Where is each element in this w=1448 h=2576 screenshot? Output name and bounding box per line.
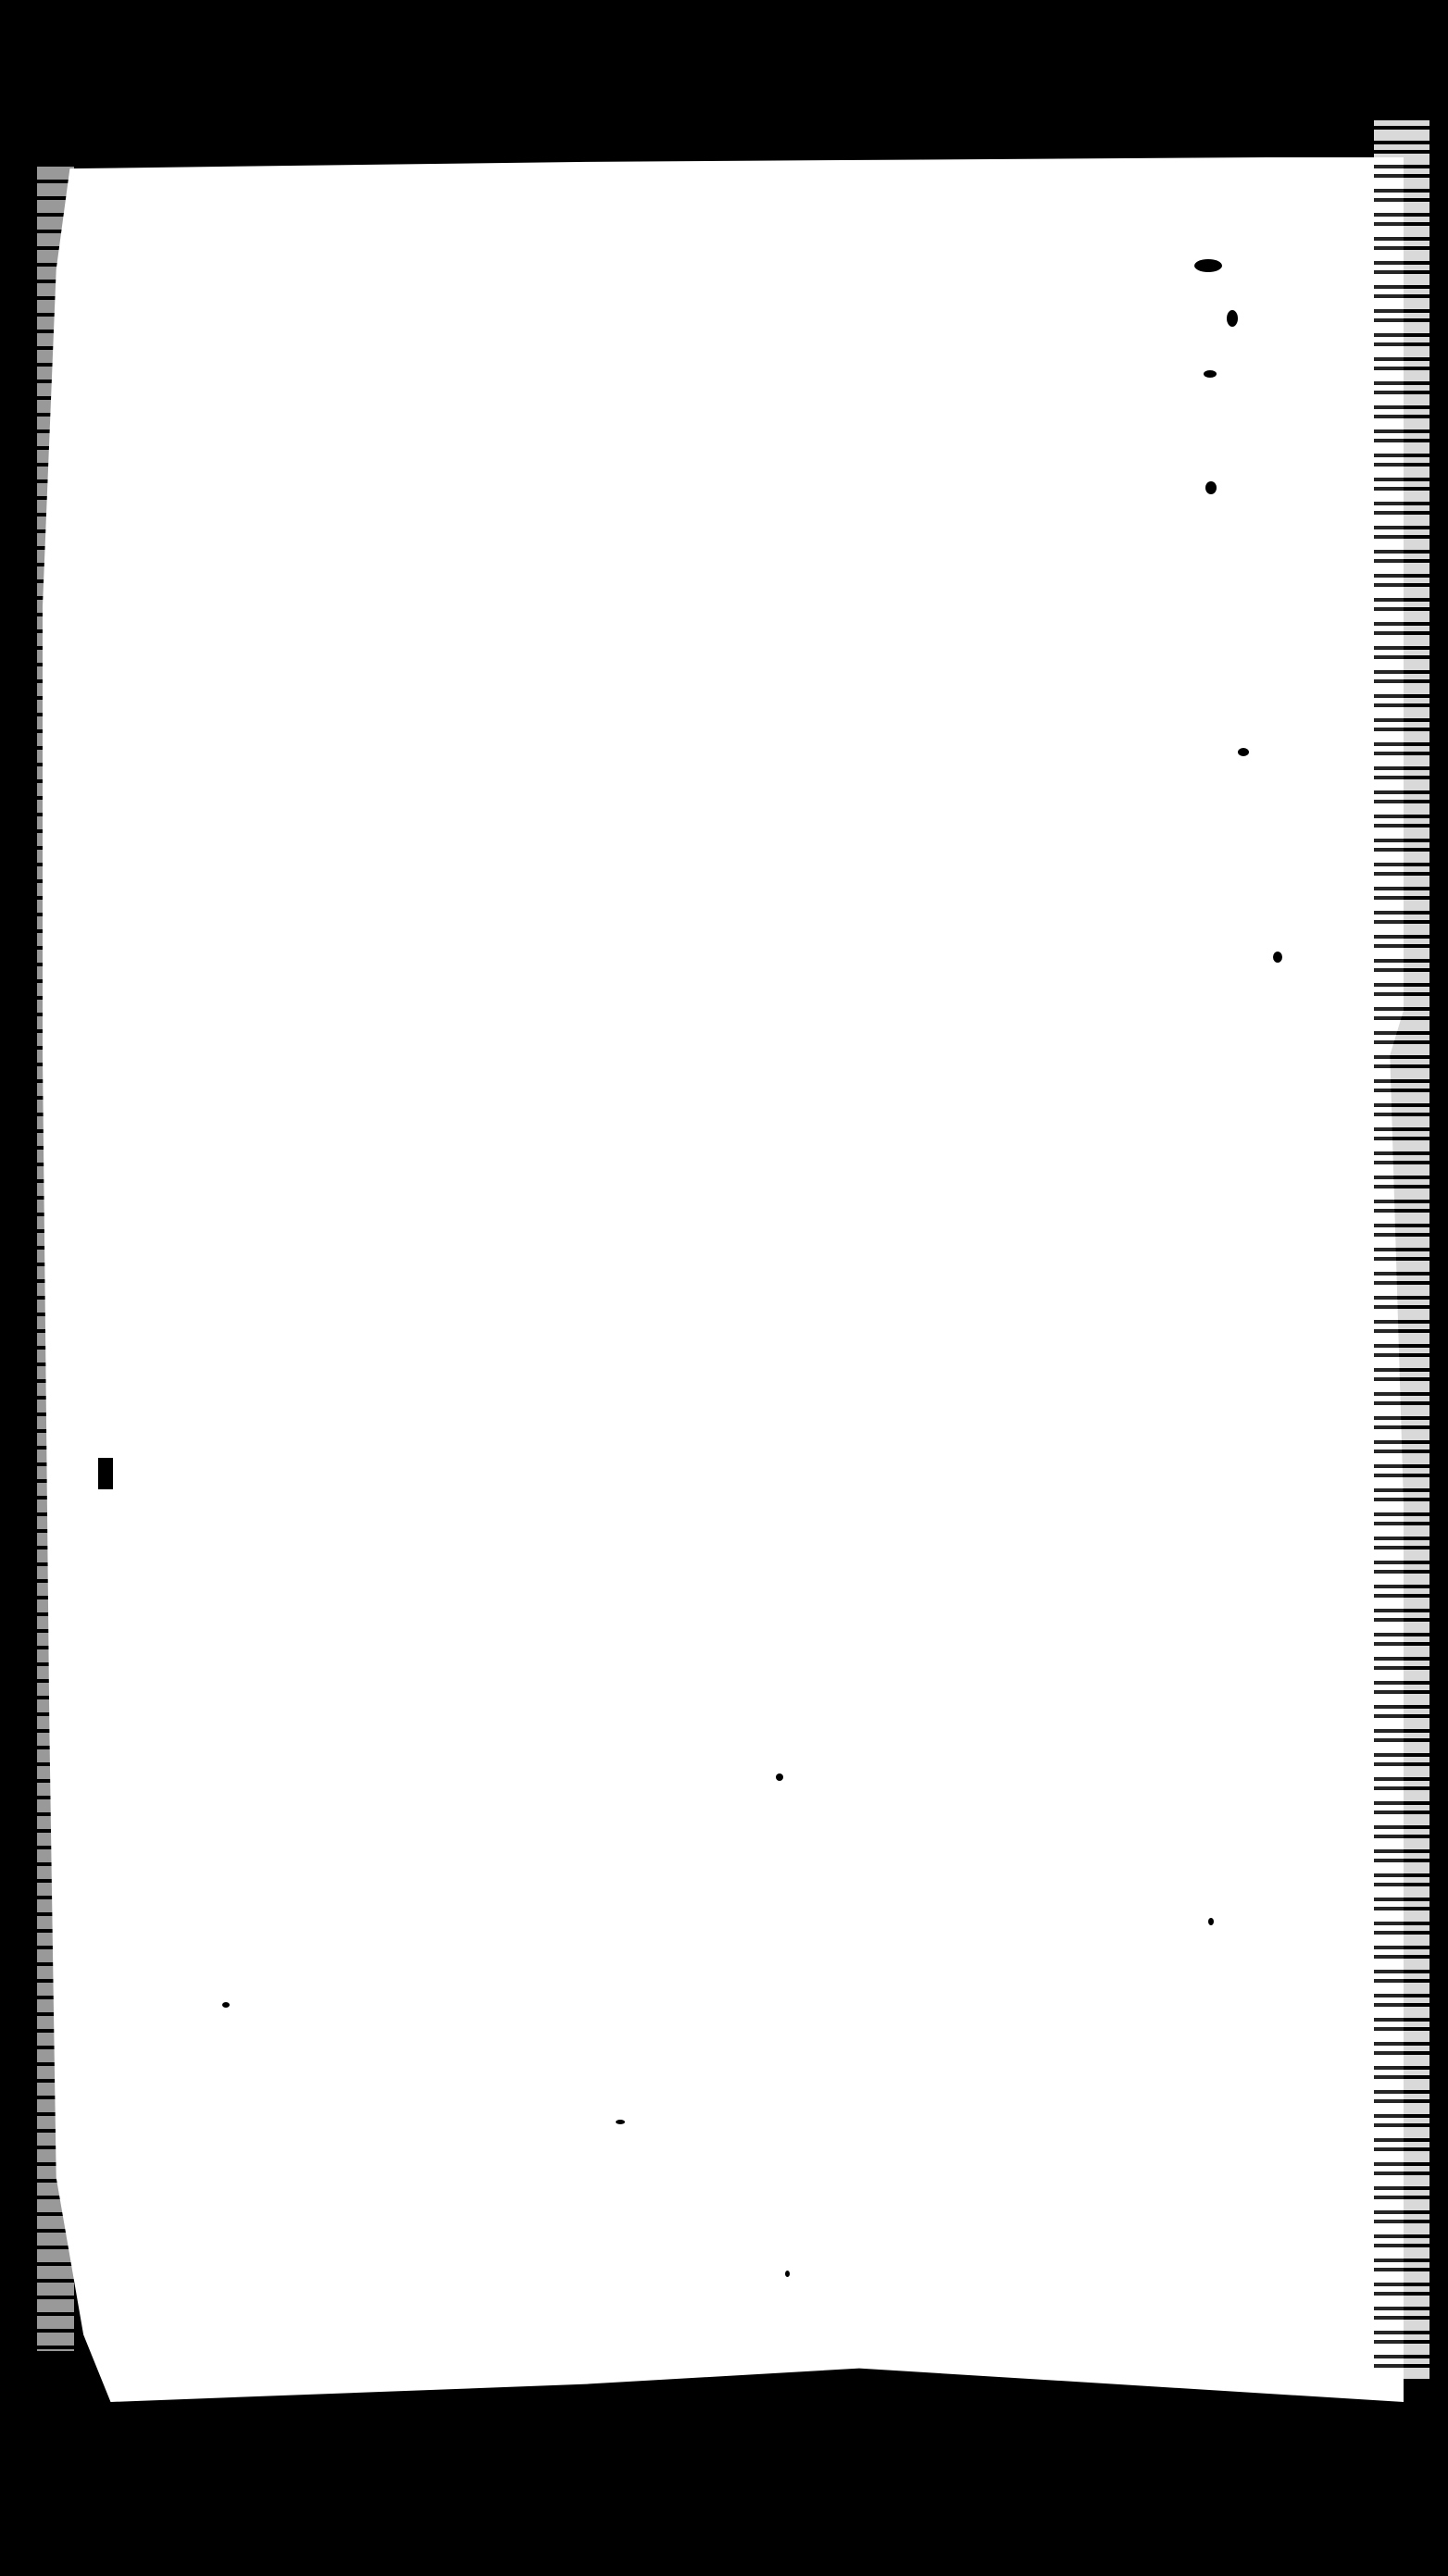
speck xyxy=(98,1458,113,1489)
speck xyxy=(1205,481,1217,494)
speck xyxy=(1208,1918,1214,1925)
speck xyxy=(776,1773,783,1781)
speck xyxy=(1238,748,1249,756)
speck xyxy=(616,2120,625,2124)
speck xyxy=(222,2002,230,2008)
speck xyxy=(1204,370,1217,378)
speck xyxy=(1194,259,1222,272)
speck xyxy=(1273,952,1282,963)
page-spine xyxy=(1374,120,1429,2379)
speck xyxy=(1227,310,1238,327)
speck xyxy=(785,2271,790,2277)
blank-page xyxy=(43,157,1404,2402)
